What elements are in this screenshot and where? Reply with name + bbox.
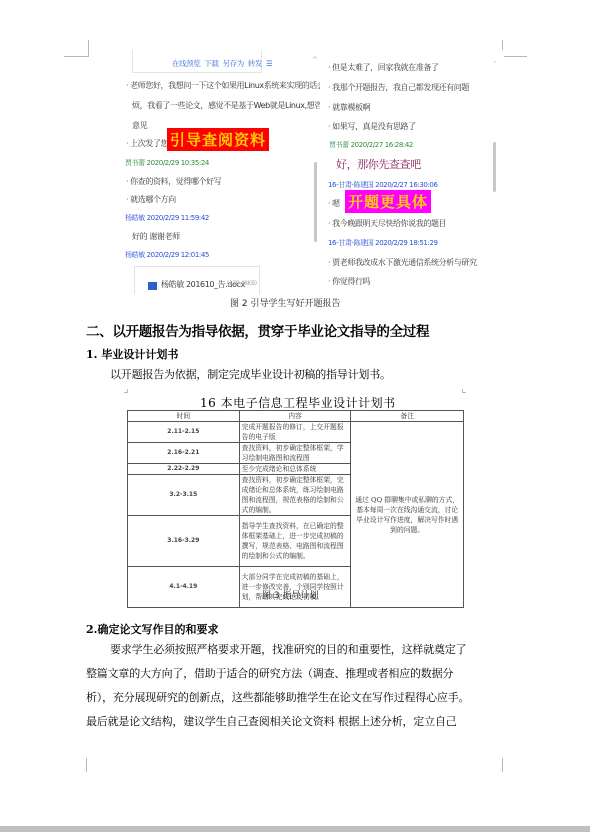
chat-scrollbar[interactable]: [314, 162, 317, 242]
chat-sender-timestamp: 杨皓敏 2020/2/29 12:01:45: [125, 250, 209, 260]
paragraph-line: 最后就是论文结构，建议学生自己查阅相关论文资料 根据上述分析，定立自己: [86, 713, 457, 729]
cell-content: 指导学生查找资料，在已确定的整体框架基础上，进一步完成初稿的撰写，规范表格、电路…: [239, 516, 351, 567]
cell-time: 3.2-3.15: [128, 475, 240, 516]
cell-time: 4.1-4.19: [128, 567, 240, 608]
forward-link[interactable]: 转发: [248, 59, 262, 68]
collapse-icon[interactable]: ^: [312, 56, 317, 64]
collapse-icon[interactable]: ': [494, 60, 496, 68]
chat-message: 你觉得行吗: [328, 276, 370, 287]
chat-screenshot-left: 在线预览 下载 另存为 转发 ☰ ^ 老师您好，我想问一下这个如果用Linux系…: [124, 50, 320, 294]
chat-scrollbar[interactable]: [493, 142, 496, 192]
chat-message: 但是太难了，回家我就在准备了: [328, 62, 439, 73]
chat-message: 就靠模板啊: [328, 102, 370, 113]
crop-mark-top-right: [502, 40, 527, 57]
cell-time: 2.11-2.15: [128, 422, 240, 443]
download-link[interactable]: 下载: [204, 59, 218, 68]
cell-content: 查找资料，初步确定整体框架，学习绘制电路图和流程图: [239, 443, 351, 464]
subsection-heading-plan: 1. 毕业设计计划书: [86, 346, 178, 362]
chat-message-highlight: 好，那你先查查吧: [336, 156, 421, 172]
chat-sender-timestamp: 16-甘肃-陈建国 2020/2/29 18:51:29: [328, 238, 438, 248]
column-header-content: 内容: [239, 411, 351, 422]
image-corner-left: [124, 389, 128, 393]
chat-message: 如果写，真是没有思路了: [328, 121, 416, 132]
cell-content: 查找资料，初步确定整体框架，完成绪论和总体系统，练习绘制电路图和流程图，规范表格…: [239, 475, 351, 516]
chat-message: 贾老师我改成水下激光通信系统分析与研究: [328, 257, 477, 268]
chat-message: 你查的资料，觉得哪个好写: [126, 176, 221, 187]
chat-message: 意见: [132, 120, 147, 131]
column-header-time: 时间: [128, 411, 240, 422]
plan-table: 时间 内容 备注 2.11-2.15 完成开题报告的修订，上交开题报告的电子版 …: [127, 410, 464, 608]
chat-message: 我今晚跟明天尽快给你说我的题目: [328, 218, 446, 229]
paragraph-line: 整篇文章的大方向了，借助于适合的研究方法（调查、推理或者相应的数据分: [86, 665, 453, 681]
chat-sender-timestamp: 贾书蕾 2020/2/27 16:28:42: [329, 140, 413, 150]
figure3-caption: 图 3 指导计划: [262, 588, 318, 601]
chat-message: 老师您好，我想问一下这个如果用Linux系统来实现的话会不会比较麻: [126, 80, 320, 91]
subsection-heading-purpose: 2.确定论文写作目的和要求: [86, 621, 218, 637]
paragraph-line: 要求学生必须按照严格要求开题，找准研究的目的和重要性，这样就奠定了: [110, 641, 466, 657]
chat-sender-timestamp: 16-甘肃-陈建国 2020/2/27 16:30:06: [328, 180, 438, 190]
image-corner-right: [462, 389, 466, 393]
chat-message: 我那个开题报告，我自己都发现还有问题: [328, 82, 469, 93]
crop-mark-top-left: [64, 40, 89, 57]
file-attachment-card[interactable]: 杨皓敏 201610_告.docx (179.48KB): [134, 266, 260, 294]
cell-time: 2.16-2.21: [128, 443, 240, 464]
annotation-topic-more-specific: 开题更具体: [345, 190, 431, 213]
chat-message: 嗯: [328, 198, 340, 209]
table-row: 2.11-2.15 完成开题报告的修订，上交开题报告的电子版 通过 QQ 群聊集…: [128, 422, 464, 443]
chat-screenshot-right: ' 但是太难了，回家我就在准备了 我那个开题报告，我自己都发现还有问题 就靠模板…: [326, 50, 504, 294]
cell-content: 完成开题报告的修订，上交开题报告的电子版: [239, 422, 351, 443]
cell-content: 至少完成绪论和总体系统: [239, 464, 351, 475]
crop-mark-bottom-left: [64, 758, 87, 772]
file-size: (179.48KB): [227, 280, 257, 287]
plan-table-title: 16 本电子信息工程毕业设计计划书: [200, 394, 396, 411]
cell-remark: 通过 QQ 群聊集中或私聊的方式，基本每周一次在线沟通交流，讨论毕业设计写作进度…: [351, 422, 464, 608]
cell-time: 3.16-3.29: [128, 516, 240, 567]
chat-message: 就选哪个方向: [126, 194, 176, 205]
file-toolbar: 在线预览 下载 另存为 转发 ☰: [172, 58, 272, 69]
save-as-link[interactable]: 另存为: [223, 59, 244, 68]
section-heading: 二、以开题报告为指导依据，贯穿于毕业论文指导的全过程: [86, 320, 429, 340]
chat-sender-timestamp: 贾书蕾 2020/2/29 10:35:24: [125, 158, 209, 168]
paragraph-plan: 以开题报告为依据，制定完成毕业设计初稿的指导计划书。: [110, 366, 391, 382]
cell-content: 大部分同学在完成初稿的基础上，进一步修改完善，个别同学按照计划，帮助其完成论文初…: [239, 567, 351, 608]
chat-message: 烦，我看了一些论文，感觉不是基于Web就是Linux,想咨询一下您的: [132, 100, 320, 111]
word-file-icon: [148, 282, 157, 290]
chat-message: 好的 谢谢老师: [132, 231, 180, 242]
cell-time: 2.22-2.29: [128, 464, 240, 475]
column-header-remark: 备注: [351, 411, 464, 422]
preview-link[interactable]: 在线预览: [172, 59, 200, 68]
chat-sender-timestamp: 杨皓敏 2020/2/29 11:59:42: [125, 213, 209, 223]
figure2-caption: 图 2 引导学生写好开题报告: [230, 296, 340, 309]
table-header-row: 时间 内容 备注: [128, 411, 464, 422]
paragraph-line: 析），充分展现研究的创新点，这些都能够助推学生在论文在写作过程得心应手。: [86, 689, 469, 705]
menu-icon[interactable]: ☰: [266, 59, 272, 68]
window-bottom-bar: [0, 826, 590, 832]
crop-mark-bottom-right: [502, 758, 525, 772]
annotation-guide-reading: 引导查阅资料: [167, 128, 269, 151]
